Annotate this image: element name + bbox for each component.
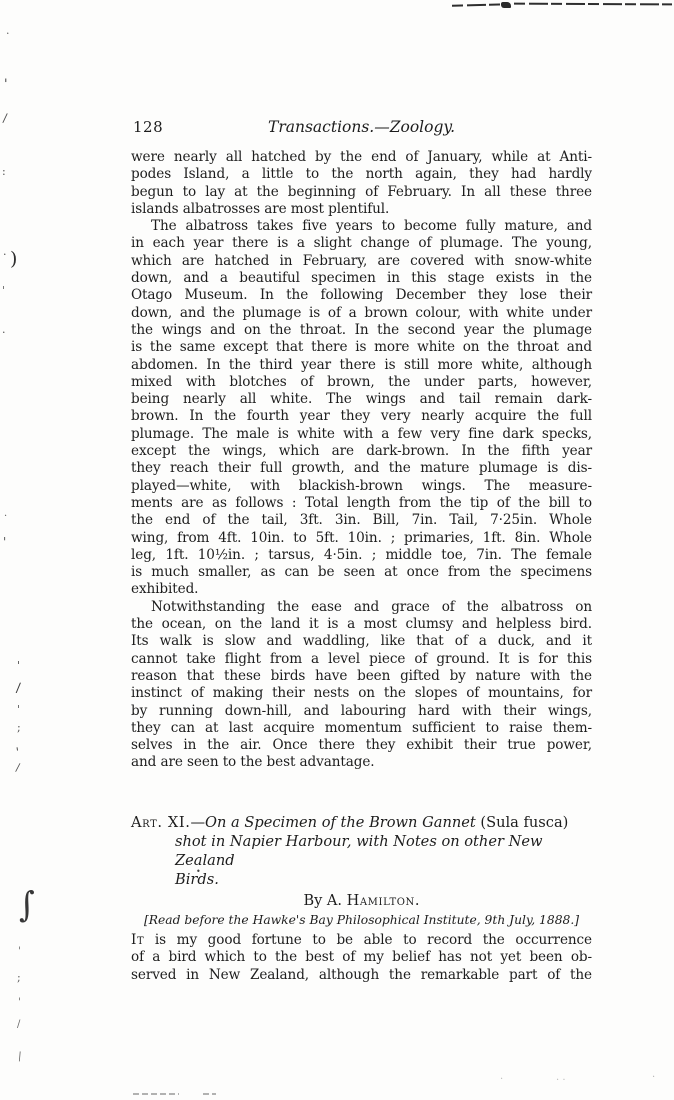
article-xi-block: Art. XI.—On a Specimen of the Brown Gann… (131, 813, 592, 984)
ink-mark-artifact: ) (10, 250, 17, 269)
text-line: were nearly all hatched by the end of Ja… (131, 149, 592, 166)
text-line: except the wings, which are dark-brown. … (131, 443, 592, 460)
text-segment: — (190, 814, 205, 831)
text-segment: Art. XI. (131, 814, 190, 831)
page-number: 128 (133, 118, 163, 136)
text-segment: is my good fortune to be able to record … (144, 932, 592, 948)
ink-mark-artifact: / (2, 112, 8, 124)
page-edge-dash-artifact (133, 1093, 179, 1095)
text-line: which are hatched in February, are cover… (131, 253, 592, 270)
ink-blob-artifact (501, 2, 511, 8)
text-line: played—white, with blackish-brown wings.… (131, 478, 592, 495)
text-line: It is my good fortune to be able to reco… (131, 932, 592, 949)
text-line: is the same except that there is more wh… (131, 339, 592, 356)
text-line: abdomen. In the third year there is stil… (131, 357, 592, 374)
text-line: down, and a beautiful specimen in this s… (131, 270, 592, 287)
text-line: they reach their full growth, and the ma… (131, 460, 592, 477)
text-segment: Birds. (175, 871, 219, 888)
text-line: in each year there is a slight change of… (131, 235, 592, 252)
text-line: down, and the plumage is of a brown colo… (131, 305, 592, 322)
text-segment: (Sula fusca) (476, 814, 569, 831)
ink-mark-artifact: / (17, 1020, 20, 1030)
page-edge-dash-artifact (452, 3, 508, 6)
ink-mark-artifact: . (500, 1072, 503, 1082)
text-line: wing, from 4ft. 10in. to 5ft. 10in. ; pr… (131, 530, 592, 547)
text-line: The albatross takes five years to become… (131, 218, 592, 235)
text-segment: shot in Napier Harbour, with Notes on ot… (175, 833, 542, 869)
scanned-book-page: ·'/:.)'.·''/';'/•∫';'/|.. .. 128 Transac… (0, 0, 674, 1100)
text-segment: It (131, 932, 144, 948)
text-line: is much smaller, as can be seen at once … (131, 564, 592, 581)
ink-mark-artifact: ' (18, 947, 21, 957)
text-line: reason that these birds have been gifted… (131, 668, 592, 685)
heading-line: shot in Napier Harbour, with Notes on ot… (131, 832, 592, 870)
text-line: cannot take flight from a level piece of… (131, 651, 592, 668)
text-line: by running down-hill, and labouring hard… (131, 703, 592, 720)
text-line: selves in the air. Once there they exhib… (131, 737, 592, 754)
ink-mark-artifact: : (2, 166, 6, 177)
ink-mark-artifact: · (6, 28, 10, 39)
text-line: exhibited. (131, 581, 592, 598)
text-segment: Hamilton (347, 893, 415, 909)
text-line: islands albatrosses are most plentiful. (131, 201, 592, 218)
ink-mark-artifact: . (2, 324, 6, 335)
ink-mark-artifact: ' (17, 704, 20, 715)
text-line: plumage. The male is white with a few ve… (131, 426, 592, 443)
text-line: of a bird which to the best of my belief… (131, 949, 592, 966)
text-line: the ocean, on the land it is a most clum… (131, 616, 592, 633)
ink-mark-artifact: ' (2, 285, 5, 296)
albatross-text-block: were nearly all hatched by the end of Ja… (131, 149, 592, 772)
text-segment: By A. (303, 893, 346, 909)
paragraph-albatross-plumage: The albatross takes five years to become… (131, 218, 592, 599)
ink-mark-artifact: ∫ (17, 887, 37, 922)
text-segment: . (415, 893, 420, 909)
text-line: leg, 1ft. 10½in. ; tarsus, 4·5in. ; midd… (131, 547, 592, 564)
ink-mark-artifact: ' (18, 998, 21, 1008)
read-before-note: [Read before the Hawke's Bay Philosophic… (131, 912, 592, 928)
text-line: served in New Zealand, although the rema… (131, 967, 592, 984)
text-line: Notwithstanding the ease and grace of th… (131, 599, 592, 616)
article-byline: By A. Hamilton. (131, 892, 592, 910)
ink-mark-artifact: ; (17, 722, 21, 733)
ink-mark-artifact: ' (4, 78, 8, 91)
ink-mark-artifact: ' (17, 660, 20, 671)
text-line: they can at last acquire momentum suffic… (131, 720, 592, 737)
text-line: the end of the tail, 3ft. 3in. Bill, 7in… (131, 512, 592, 529)
heading-line: Birds. (131, 870, 592, 889)
ink-mark-artifact: | (18, 1052, 22, 1062)
page-header: 128 Transactions.—Zoology. (131, 118, 592, 138)
text-line: ments are as follows : Total length from… (131, 495, 592, 512)
ink-mark-artifact: / (15, 682, 21, 695)
ink-mark-artifact: . (652, 1070, 655, 1080)
text-line: begun to lay at the beginning of Februar… (131, 184, 592, 201)
ink-mark-artifact: / (15, 762, 21, 773)
article-title: Art. XI.—On a Specimen of the Brown Gann… (131, 813, 592, 889)
text-line: podes Island, a little to the north agai… (131, 166, 592, 183)
heading-line: Art. XI.—On a Specimen of the Brown Gann… (131, 813, 592, 832)
paragraph-albatross-on-land: Notwithstanding the ease and grace of th… (131, 599, 592, 772)
page-edge-dash-artifact (203, 1093, 216, 1095)
ink-mark-artifact: ' (3, 536, 6, 548)
text-line: and are seen to the best advantage. (131, 754, 592, 771)
text-line: mixed with blotches of brown, the under … (131, 374, 592, 391)
text-line: the wings and on the throat. In the seco… (131, 322, 592, 339)
paragraph-article-intro: It is my good fortune to be able to reco… (131, 932, 592, 984)
paragraph-albatross-hatching: were nearly all hatched by the end of Ja… (131, 149, 592, 218)
ink-mark-artifact: ; (17, 972, 21, 983)
text-segment: On a Specimen of the Brown Gannet (205, 814, 476, 831)
ink-mark-artifact: . (3, 246, 7, 257)
running-title: Transactions.—Zoology. (131, 118, 592, 136)
text-line: Otago Museum. In the following December … (131, 287, 592, 304)
text-line: instinct of making their nests on the sl… (131, 685, 592, 702)
text-line: Its walk is slow and waddling, like that… (131, 633, 592, 650)
ink-mark-artifact: ' (15, 746, 20, 758)
ink-mark-artifact: . . (556, 1073, 566, 1083)
ink-mark-artifact: · (4, 512, 7, 522)
text-line: brown. In the fourth year they very near… (131, 408, 592, 425)
text-line: being nearly all white. The wings and ta… (131, 391, 592, 408)
page-edge-dash-artifact (514, 3, 672, 6)
